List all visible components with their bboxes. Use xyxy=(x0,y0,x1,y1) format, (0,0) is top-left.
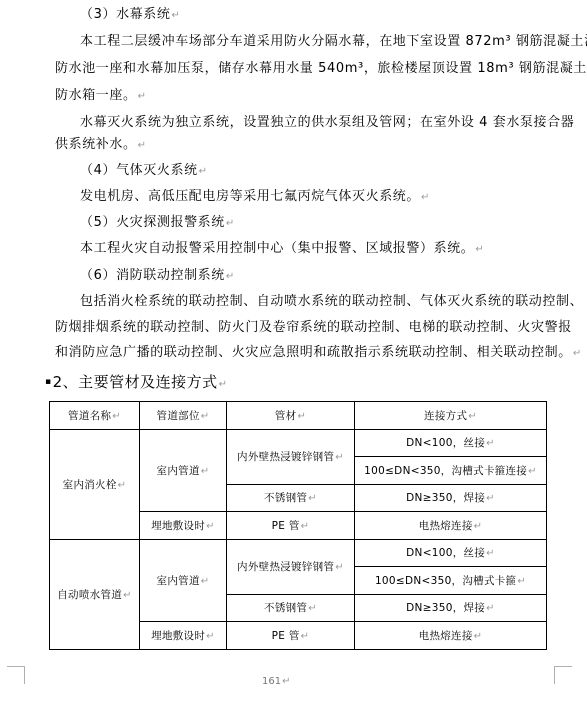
body-text-line: 本工程二层缓冲车场部分车道采用防火分隔水幕，在地下室设置 872m³ 钢筋混凝土… xyxy=(80,33,587,51)
connection-cell: 电热熔连接↵ xyxy=(355,622,547,650)
pipe-material-cell: 不锈钢管↵ xyxy=(227,484,355,512)
pipe-material-cell: PE 管↵ xyxy=(227,622,355,650)
body-text-line: （5）火灾探测报警系统↵ xyxy=(80,214,235,233)
pipe-material-cell: 内外壁热浸镀锌钢管↵ xyxy=(227,539,355,594)
pipe-material-cell: 内外壁热浸镀锌钢管↵ xyxy=(227,429,355,484)
table-row: 自动喷水管道↵ 室内管道↵ 内外壁热浸镀锌钢管↵ DN<100，丝接↵ xyxy=(50,539,547,567)
pipe-materials-table: 管道名称↵ 管道部位↵ 管材↵ 连接方式↵ 室内消火栓↵ 室内管道↵ 内外壁热浸… xyxy=(49,401,547,650)
paragraph-mark-icon: ↵ xyxy=(171,10,180,21)
header-cell: 管材↵ xyxy=(227,402,355,430)
body-text-line: 防烟排烟系统的联动控制、防火门及卷帘系统的联动控制、电梯的联动控制、火灾警报 xyxy=(55,319,572,337)
pipe-material-cell: PE 管↵ xyxy=(227,512,355,540)
pipe-location-cell: 室内管道↵ xyxy=(140,539,227,622)
table-row: 室内消火栓↵ 室内管道↵ 内外壁热浸镀锌钢管↵ DN<100，丝接↵ xyxy=(50,429,547,457)
paragraph-mark-icon: ↵ xyxy=(219,379,228,390)
body-text-line: 供系统补水。↵ xyxy=(55,136,147,155)
body-text-line: 本工程火灾自动报警采用控制中心（集中报警、区域报警）系统。↵ xyxy=(80,240,484,259)
pipe-name-cell: 自动喷水管道↵ xyxy=(50,539,140,649)
paragraph-mark-icon: ↵ xyxy=(138,91,147,102)
paragraph-mark-icon: ↵ xyxy=(199,166,208,177)
header-cell: 连接方式↵ xyxy=(355,402,547,430)
body-text-line: 发电机房、高低压配电房等采用七氟丙烷气体灭火系统。↵ xyxy=(80,188,430,207)
connection-cell: DN≥350，焊接↵ xyxy=(355,484,547,512)
body-text-line: （4）气体灭火系统↵ xyxy=(80,162,208,181)
header-cell: 管道名称↵ xyxy=(50,402,140,430)
connection-cell: DN<100，丝接↵ xyxy=(355,539,547,567)
paragraph-mark-icon: ↵ xyxy=(421,192,430,203)
pipe-location-cell: 埋地敷设时↵ xyxy=(140,622,227,650)
body-text-line: 防水池一座和水幕加压泵，储存水幕用水量 540m³，旅检楼屋顶设置 18m³ 钢… xyxy=(55,60,587,78)
body-text-line: 防水箱一座。↵ xyxy=(55,87,147,106)
pipe-location-cell: 室内管道↵ xyxy=(140,429,227,512)
page-corner-mark-left xyxy=(7,666,25,684)
connection-cell: 电热熔连接↵ xyxy=(355,512,547,540)
connection-cell: 100≤DN<350，沟槽式卡箍↵ xyxy=(355,567,547,595)
paragraph-mark-icon: ↵ xyxy=(475,244,484,255)
body-text-line: （6）消防联动控制系统↵ xyxy=(80,267,235,286)
section-title: 2、主要管材及连接方式 xyxy=(53,373,218,391)
pipe-material-cell: 不锈钢管↵ xyxy=(227,594,355,622)
page-corner-mark-right xyxy=(554,666,572,684)
body-text-line: 包括消火栓系统的联动控制、自动喷水系统的联动控制、气体灭火系统的联动控制、 xyxy=(80,293,583,311)
page-number: 161↵ xyxy=(262,676,290,687)
body-text-line: 和消防应急广播的联动控制、火灾应急照明和疏散指示系统联动控制、相关联动控制。↵ xyxy=(55,344,582,363)
pipe-name-cell: 室内消火栓↵ xyxy=(50,429,140,539)
body-text-line: （3）水幕系统↵ xyxy=(80,6,180,25)
pipe-location-cell: 埋地敷设时↵ xyxy=(140,512,227,540)
paragraph-mark-icon: ↵ xyxy=(138,140,147,151)
connection-cell: DN≥350，焊接↵ xyxy=(355,594,547,622)
paragraph-mark-icon: ↵ xyxy=(226,271,235,282)
body-text-line: 水幕灭火系统为独立系统，设置独立的供水泵组及管网；在室外设 4 套水泵接合器 xyxy=(80,114,574,132)
header-cell: 管道部位↵ xyxy=(140,402,227,430)
paragraph-mark-icon: ↵ xyxy=(226,218,235,229)
heading-bullet: ▪ xyxy=(45,377,52,387)
section-heading: ▪2、主要管材及连接方式↵ xyxy=(45,372,228,395)
paragraph-mark-icon: ↵ xyxy=(573,348,582,359)
connection-cell: 100≤DN<350，沟槽式卡箍连接↵ xyxy=(355,457,547,485)
connection-cell: DN<100，丝接↵ xyxy=(355,429,547,457)
table-header-row: 管道名称↵ 管道部位↵ 管材↵ 连接方式↵ xyxy=(50,402,547,430)
